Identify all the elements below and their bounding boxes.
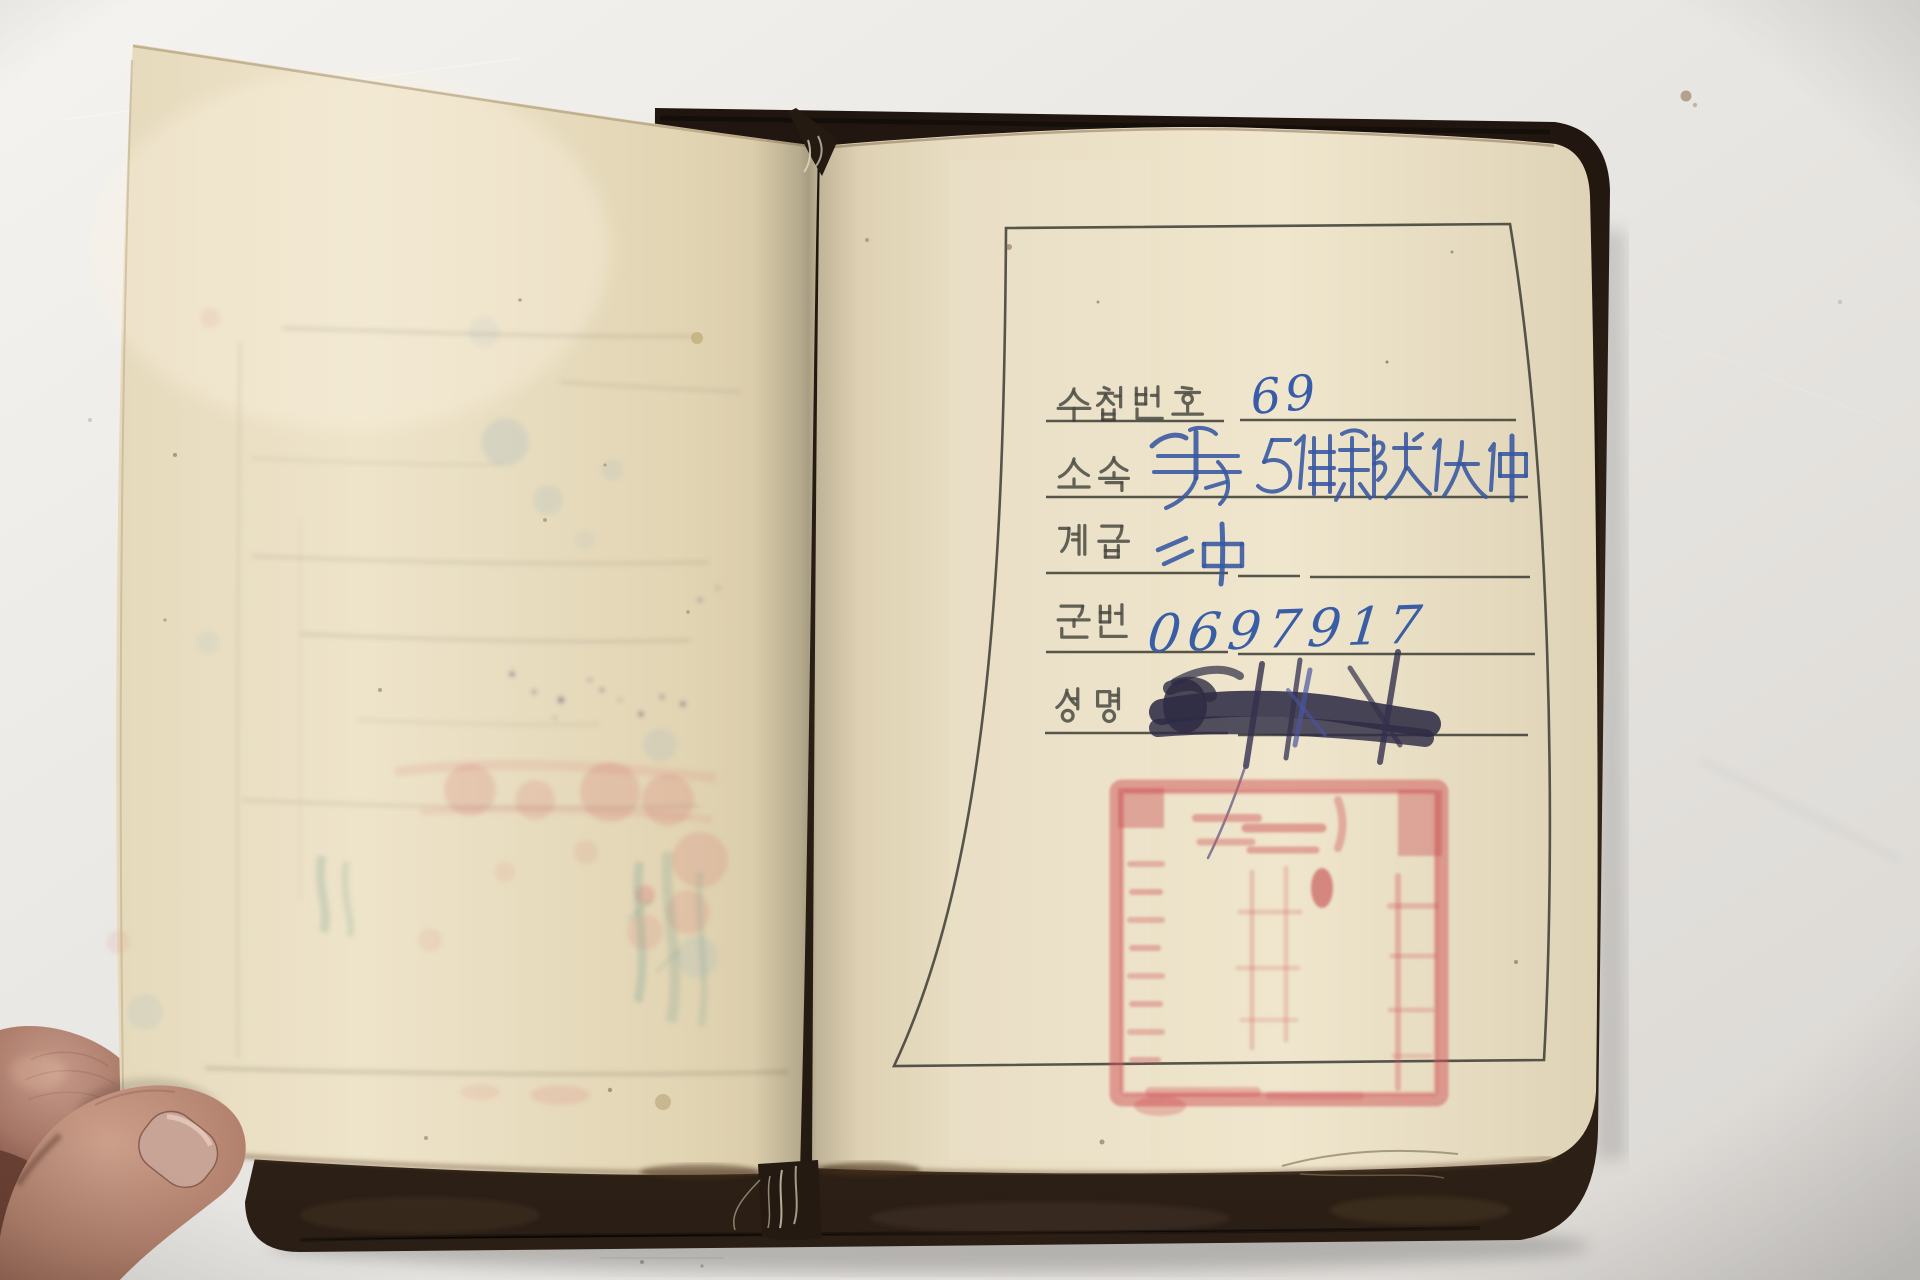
vignette bbox=[0, 0, 1920, 1280]
photo-of-open-booklet: 69 bbox=[0, 0, 1920, 1280]
scene: 69 bbox=[0, 0, 1920, 1280]
